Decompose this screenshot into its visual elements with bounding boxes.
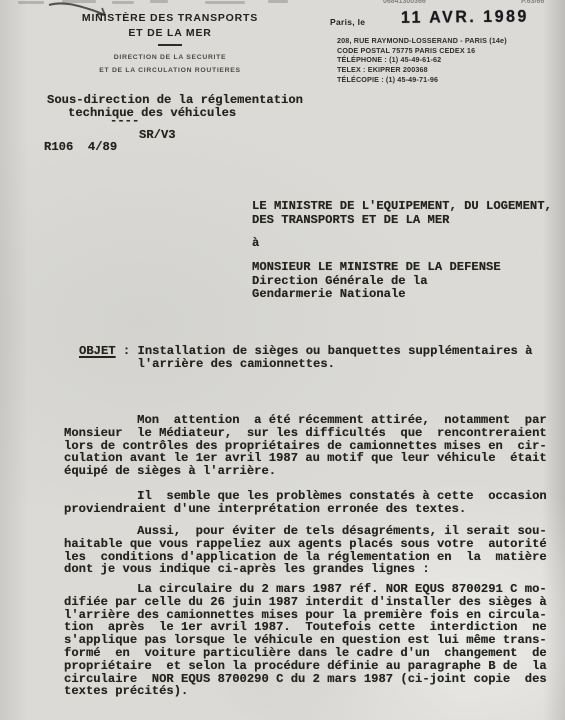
body-paragraph-2: Il semble que les problèmes constatés à … <box>64 490 547 516</box>
address-line: 208, RUE RAYMOND-LOSSERAND - PARIS (14e) <box>337 36 507 46</box>
fax-smudge <box>150 0 168 3</box>
reference-separator: ---- <box>110 115 139 128</box>
body-line: équipé de sièges à l'arrière. <box>64 465 547 478</box>
ministry-name-line1: MINISTÈRE DES TRANSPORTS <box>25 12 315 24</box>
fax-smudge <box>205 1 245 4</box>
reference-number: R106 4/89 <box>44 141 117 154</box>
fax-smudge <box>18 1 44 4</box>
fax-header-fragment: P.63/66 <box>521 0 544 5</box>
to-word: à <box>252 237 259 250</box>
recipient-line2: Direction Générale de la <box>252 275 428 288</box>
subject-text: : Installation de sièges ou banquettes s… <box>116 344 533 358</box>
ministry-name-line2: ET DE LA MER <box>25 27 315 39</box>
body-paragraph-3: Aussi, pour éviter de tels désagréments,… <box>64 525 547 576</box>
fax-smudge <box>268 0 288 3</box>
body-line: Il semble que les problèmes constatés à … <box>64 490 547 503</box>
sender-title-line2: DES TRANSPORTS ET DE LA MER <box>252 214 449 227</box>
service-code: SR/V3 <box>139 129 176 142</box>
subdirection-line1: Sous-direction de la réglementation <box>47 94 303 107</box>
body-line: Monsieur le Médiateur, sur les difficult… <box>64 427 547 440</box>
ministry-letterhead: MINISTÈRE DES TRANSPORTS ET DE LA MER DI… <box>25 12 315 77</box>
body-line: formé en voiture particulière dans le ca… <box>64 647 547 660</box>
body-paragraph-4: La circulaire du 2 mars 1987 réf. NOR EQ… <box>64 583 547 698</box>
place-label: Paris, le <box>330 17 365 27</box>
body-line: La circulaire du 2 mars 1987 réf. NOR EQ… <box>64 583 547 596</box>
subdirection-line2: technique des véhicules <box>68 107 236 120</box>
document-page: 06841300366 P.63/66 MINISTÈRE DES TRANSP… <box>0 0 565 720</box>
subject-label: OBJET <box>79 344 116 358</box>
body-line: haitable que vous rappeliez aux agents p… <box>64 538 547 551</box>
body-line: propriétaire et selon la procédure défin… <box>64 660 547 673</box>
direction-line1: DIRECTION DE LA SECURITE <box>25 52 315 65</box>
recipient-line1: MONSIEUR LE MINISTRE DE LA DEFENSE <box>252 261 501 274</box>
address-line: CODE POSTAL 75775 PARIS CEDEX 16 <box>337 46 507 56</box>
address-line: TÉLÉPHONE : (1) 45-49-61-62 <box>337 55 507 65</box>
body-line: textes précités). <box>64 685 547 698</box>
body-line: proviendraient d'une interprétation erro… <box>64 503 547 516</box>
subject-line1: OBJET : Installation de sièges ou banque… <box>79 345 532 358</box>
body-line: difiée par celle du 26 juin 1987 interdi… <box>64 596 547 609</box>
body-line: dont je vous indique ci-après les grande… <box>64 563 547 576</box>
recipient-line3: Gendarmerie Nationale <box>252 288 406 301</box>
address-block: 208, RUE RAYMOND-LOSSERAND - PARIS (14e)… <box>337 36 507 85</box>
fax-header-fragment: 06841300366 <box>383 0 426 5</box>
body-line: Aussi, pour éviter de tels désagréments,… <box>64 525 547 538</box>
address-line: TÉLÉCOPIE : (1) 45-49-71-96 <box>337 75 507 85</box>
sender-title-line1: LE MINISTRE DE L'EQUIPEMENT, DU LOGEMENT… <box>252 200 552 213</box>
ministry-divider <box>158 44 182 46</box>
body-line: Mon attention a été récemment attirée, n… <box>64 414 547 427</box>
subject-line2: l'arrière des camionnettes. <box>79 358 335 371</box>
body-paragraph-1: Mon attention a été récemment attirée, n… <box>64 414 547 478</box>
address-line: TELEX : EKIPRER 200368 <box>337 65 507 75</box>
date-stamp: 11 AVR. 1989 <box>401 8 529 28</box>
direction-line2: ET DE LA CIRCULATION ROUTIERES <box>25 65 315 78</box>
